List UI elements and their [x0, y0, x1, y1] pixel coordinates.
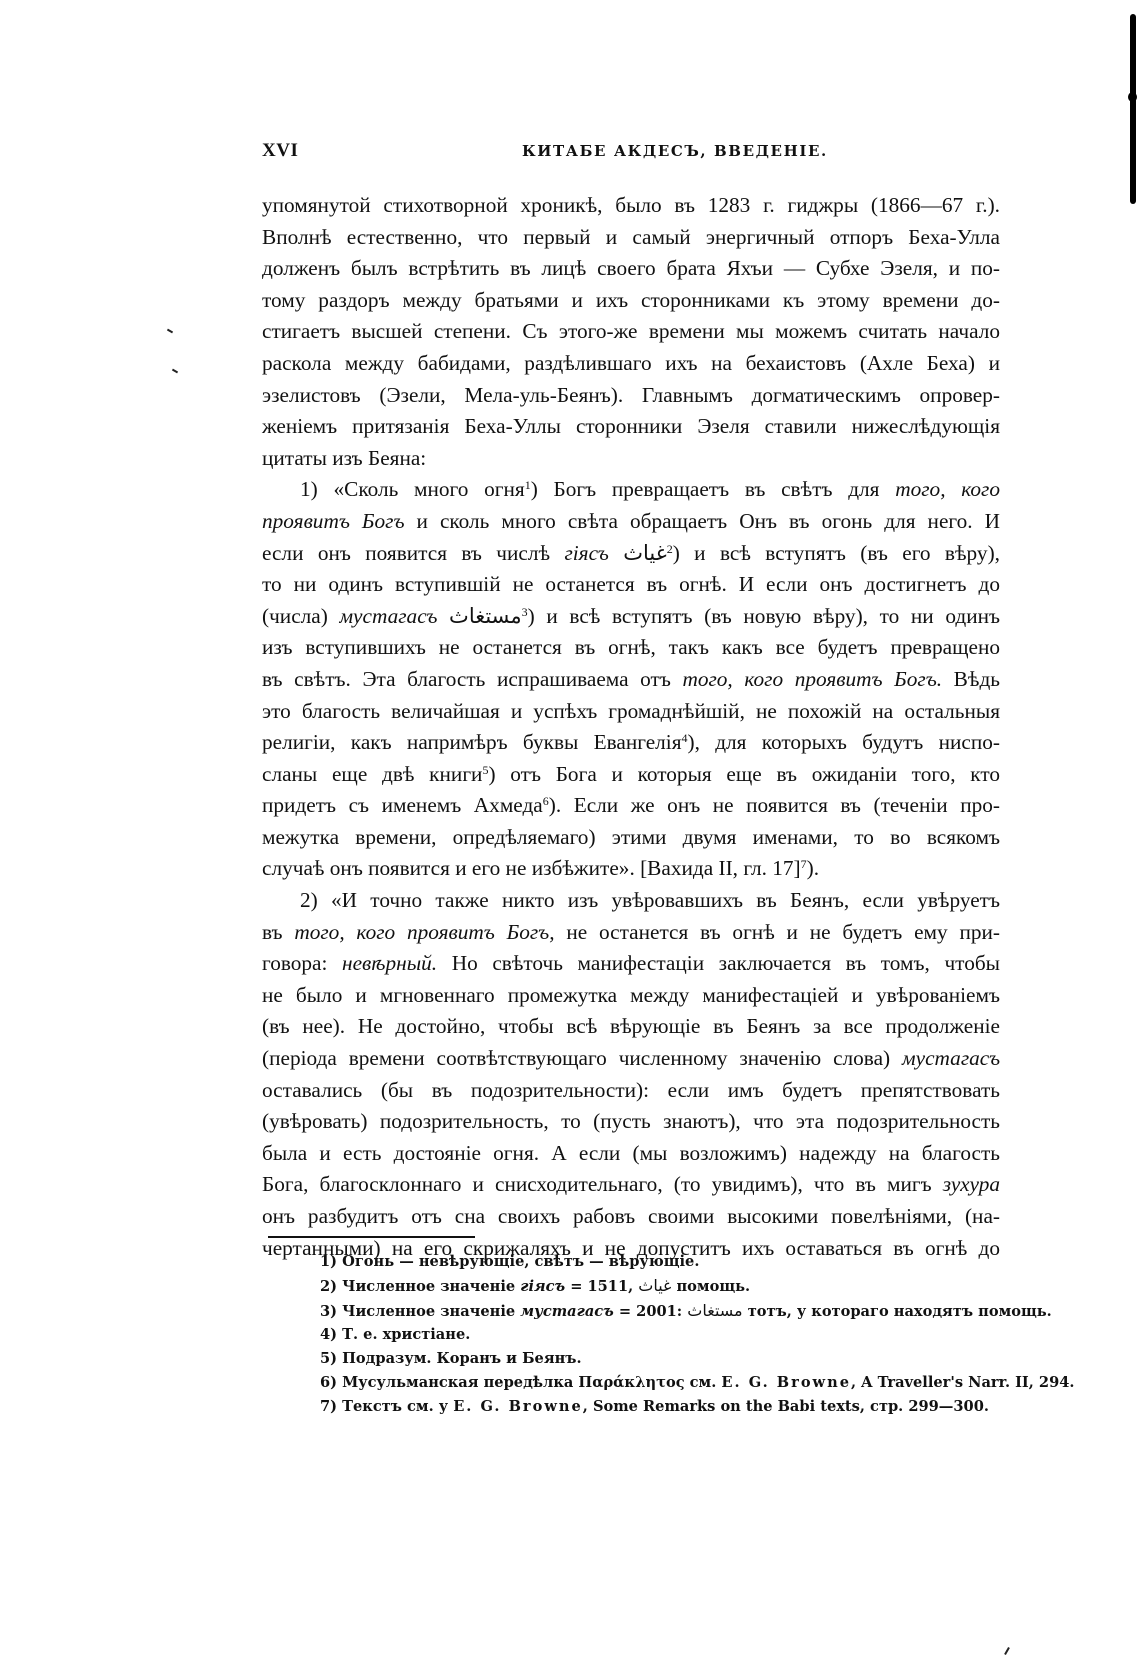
text: ), для которыхъ будутъ ниспо-: [688, 730, 1001, 754]
footnote-2: 2) Численное значеніе гіясъ = 1511, غياث…: [320, 1274, 1010, 1299]
italic-text: того, кого проявитъ Богъ,: [294, 920, 554, 944]
text: 6) Мусульманская передѣлка Παράκλητος см…: [320, 1374, 721, 1391]
quote2-line: 2) «И точно также никто изъ увѣровавшихъ…: [262, 885, 1000, 917]
text: Вѣдь: [942, 667, 1000, 691]
italic-text: проявитъ Богъ: [262, 509, 405, 533]
binding-edge-mark: [1130, 14, 1136, 204]
quote2-line: говора: невѣрный. Но свѣточь манифестаці…: [262, 948, 1000, 980]
text: (періода времени соотвѣтствующаго числен…: [262, 1046, 902, 1070]
book-page: XVI КИТАБЕ АКДЕСЪ, ВВЕДЕНІЕ. упомянутой …: [0, 0, 1140, 1667]
italic-text: того, кого: [895, 477, 1000, 501]
footnote-separator: [268, 1236, 475, 1238]
text: въ: [262, 920, 294, 944]
text-line: стигаетъ высшей степени. Съ этого-же вре…: [262, 316, 1000, 348]
text: = 2001:: [614, 1303, 687, 1320]
text: = 1511,: [565, 1278, 638, 1295]
text-line: раскола между бабидами, раздѣлившаго ихъ…: [262, 348, 1000, 380]
quote1-line: проявитъ Богъ и сколь много свѣта обраща…: [262, 506, 1000, 538]
quote1-line: то ни одинъ вступившій не останется въ о…: [262, 569, 1000, 601]
footnote-7: 7) Текстъ см. у E. G. Browne, Some Remar…: [320, 1395, 1010, 1419]
main-text: упомянутой стихотворной хроникѣ, было въ…: [262, 190, 1000, 1264]
text: ) отъ Бога и которыя еще въ ожиданіи тог…: [488, 762, 1000, 786]
margin-speck: [1004, 1647, 1010, 1655]
italic-text: мустагасъ: [339, 604, 437, 628]
quote1-line: придетъ съ именемъ Ахмеда6). Если же онъ…: [262, 790, 1000, 822]
text: случаѣ онъ появится и его не избѣжите». …: [262, 856, 801, 880]
quote1-line: сланы еще двѣ книги5) отъ Бога и которыя…: [262, 759, 1000, 791]
text: ) и всѣ вступятъ (въ его вѣру),: [673, 541, 1000, 565]
text: помощь.: [671, 1278, 750, 1295]
arabic-word: غياث: [623, 541, 667, 565]
text: если онъ появится въ числѣ: [262, 541, 564, 565]
footnote-3: 3) Численное значеніе мустагасъ = 2001: …: [320, 1299, 1010, 1324]
arabic-word: غياث: [638, 1276, 671, 1295]
text: ). Если же онъ не появится въ (теченіи п…: [549, 793, 1000, 817]
text: , Some Remarks on the Babi texts, стр. 2…: [583, 1398, 989, 1415]
footnotes: 1) Огонь — невѣрующіе, свѣтъ — вѣрующіе.…: [320, 1250, 1010, 1419]
text: Бога, благосклоннаго и снисходительнаго,…: [262, 1172, 943, 1196]
text: и сколь много свѣта обращаетъ Онъ въ ого…: [405, 509, 1001, 533]
text: ) Богъ превращаетъ въ свѣтъ для: [531, 477, 896, 501]
quote1-line: межутка времени, опредѣляемаго) этими дв…: [262, 822, 1000, 854]
quote2-line: была и есть достояніе огня. А если (мы в…: [262, 1138, 1000, 1170]
italic-text: зухура: [943, 1172, 1000, 1196]
text: 3) Численное значеніе: [320, 1303, 520, 1320]
italic-text: того, кого проявитъ Богъ.: [682, 667, 942, 691]
quote1-line: (числа) мустагасъ مستغاث3) и всѣ вступят…: [262, 601, 1000, 633]
text: Но свѣточь манифестаціи заключается въ т…: [437, 951, 1000, 975]
text-line: женіемъ притязанія Беха-Уллы сторонники …: [262, 411, 1000, 443]
page-number: XVI: [262, 140, 298, 162]
italic-text: мустагасъ: [902, 1046, 1000, 1070]
quote2-line: не было и мгновеннаго промежутка между м…: [262, 980, 1000, 1012]
quote1-line: изъ вступившихъ не останется въ огнѣ, та…: [262, 632, 1000, 664]
text: говора:: [262, 951, 342, 975]
text-line: упомянутой стихотворной хроникѣ, было въ…: [262, 190, 1000, 222]
quote2-line: (увѣровать) подозрительность, то (пусть …: [262, 1106, 1000, 1138]
text: религіи, какъ напримѣръ буквы Евангелія: [262, 730, 682, 754]
quote1-line: если онъ появится въ числѣ гіясъ غياث2) …: [262, 538, 1000, 570]
footnote-5: 5) Подразум. Коранъ и Беянъ.: [320, 1347, 1010, 1371]
margin-speck: [172, 369, 178, 374]
binding-edge-blot: [1128, 92, 1137, 102]
arabic-word: مستغاث: [687, 1301, 742, 1320]
quote1-line: случаѣ онъ появится и его не избѣжите». …: [262, 853, 1000, 885]
text: , A Traveller's Narr. II, 294.: [851, 1374, 1074, 1391]
text: ).: [807, 856, 819, 880]
text: 2) Численное значеніе: [320, 1278, 520, 1295]
text: придетъ съ именемъ Ахмеда: [262, 793, 543, 817]
quote1-line: 1) «Сколь много огня1) Богъ превращаетъ …: [262, 474, 1000, 506]
quote2-line: (въ нее). Не достойно, чтобы всѣ вѣрующі…: [262, 1011, 1000, 1043]
italic-text: мустагасъ: [520, 1303, 614, 1320]
footnote-1: 1) Огонь — невѣрующіе, свѣтъ — вѣрующіе.: [320, 1250, 1010, 1274]
quote1-line: это благость величайшая и успѣхъ громадн…: [262, 696, 1000, 728]
margin-speck: [167, 329, 173, 334]
quote2-line: въ того, кого проявитъ Богъ, не останетс…: [262, 917, 1000, 949]
text: 7) Текстъ см. у: [320, 1398, 453, 1415]
quote2-line: онъ разбудитъ отъ сна своихъ рабовъ свои…: [262, 1201, 1000, 1233]
arabic-word: مستغاث: [449, 604, 522, 628]
quote1-line: въ свѣтъ. Эта благость испрашиваема отъ …: [262, 664, 1000, 696]
text: ) и всѣ вступятъ (въ новую вѣру), то ни …: [528, 604, 1000, 628]
quote2-line: оставались (бы въ подозрительности): есл…: [262, 1075, 1000, 1107]
footnote-6: 6) Мусульманская передѣлка Παράκλητος см…: [320, 1371, 1010, 1395]
quote2-line: Бога, благосклоннаго и снисходительнаго,…: [262, 1169, 1000, 1201]
text: 1) «Сколь много огня: [300, 477, 525, 501]
italic-text: гіясъ: [564, 541, 608, 565]
quote2-line: (періода времени соотвѣтствующаго числен…: [262, 1043, 1000, 1075]
text-line: цитаты изъ Беяна:: [262, 443, 1000, 475]
text: (числа): [262, 604, 339, 628]
text-line: Вполнѣ естественно, что первый и самый э…: [262, 222, 1000, 254]
text-line: эзелистовъ (Эзели, Мела-уль-Беянъ). Глав…: [262, 380, 1000, 412]
text: въ свѣтъ. Эта благость испрашиваема отъ: [262, 667, 682, 691]
author-name: E. G. Browne: [453, 1398, 583, 1415]
italic-text: гіясъ: [520, 1278, 565, 1295]
running-title: КИТАБЕ АКДЕСЪ, ВВЕДЕНІЕ.: [522, 142, 828, 160]
text: тотъ, у котораго находятъ помощь.: [743, 1303, 1052, 1320]
author-name: E. G. Browne: [721, 1374, 851, 1391]
italic-text: невѣрный.: [342, 951, 437, 975]
text-line: тому раздоръ между братьями и ихъ сторон…: [262, 285, 1000, 317]
text: не останется въ огнѣ и не будетъ ему при…: [555, 920, 1000, 944]
text-line: долженъ былъ встрѣтить въ лицѣ своего бр…: [262, 253, 1000, 285]
quote1-line: религіи, какъ напримѣръ буквы Евангелія4…: [262, 727, 1000, 759]
text: сланы еще двѣ книги: [262, 762, 482, 786]
running-head: XVI КИТАБЕ АКДЕСЪ, ВВЕДЕНІЕ.: [262, 140, 1002, 164]
footnote-4: 4) Т. е. христіане.: [320, 1323, 1010, 1347]
